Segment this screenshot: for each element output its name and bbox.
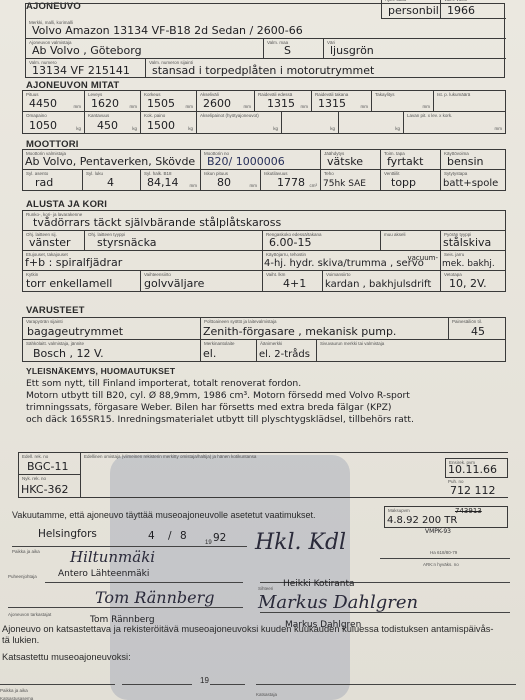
cell-omapaino: Omapaino1050kg: [23, 112, 85, 133]
value: 1620: [91, 97, 119, 110]
label: Seis. jarru: [444, 252, 464, 257]
value: personbil: [388, 4, 439, 17]
value: 75hk SAE: [323, 179, 366, 189]
value: 1778: [277, 176, 305, 189]
footer-place-label: Paikka ja aika: [0, 688, 28, 693]
value: Bosch , 12 V.: [33, 347, 104, 360]
cell-sijainti: Valm. numeron sijainti stansad i torpedp…: [146, 59, 506, 78]
ark-line: [380, 558, 510, 559]
chairman-line: [45, 582, 243, 583]
cell-akselipainot-3: kg: [339, 112, 404, 133]
cell-sylinteriluku: Syl. luku4: [83, 170, 141, 190]
cell-takaylitys: Takaylitysmm: [372, 91, 434, 112]
cell-nykyinen-rekisterinumero: Nyk. rek. noHKC-362: [19, 475, 81, 497]
label: Omapaino: [26, 113, 47, 118]
cell-edellinen-rekisterinumero: Edell. rek. noBGC-11: [19, 453, 81, 475]
cell-runko: Runko-, kori- ja lavarakennetvådörrars t…: [23, 211, 505, 231]
cell-kantavuus: Kantavuus450kg: [85, 112, 141, 133]
label: Maksupvm: [388, 508, 410, 513]
inspector-1-signature: Tom Rännberg: [95, 588, 214, 607]
cell-kytkin: Kytkintorr enkellamell: [23, 271, 141, 291]
label: Äänimerkki: [260, 341, 282, 346]
unit: mm: [74, 104, 82, 109]
value: vätske: [327, 155, 363, 168]
remarks-line: och däck 165SR15. Inredningsmaterialet u…: [26, 414, 506, 426]
place-date-line: [12, 546, 247, 547]
unit: mm: [361, 104, 369, 109]
old-phone-number: 743913: [455, 507, 482, 515]
value: kardan , bakhjulsdrift: [325, 279, 431, 290]
month-value: 8: [180, 530, 187, 542]
remarks-line: Ett som nytt, till Finland importerat, t…: [26, 378, 506, 390]
value: B20/ 1000006: [207, 155, 285, 168]
cell-valmistaja: Ajoneuvon valmistaja Ab Volvo , Göteborg: [26, 39, 264, 59]
cell-sahkolaitteet: Sähkölaitt. valmistaja, jänniteBosch , 1…: [23, 340, 201, 361]
unit: mm: [130, 104, 138, 109]
unit: kg: [273, 126, 278, 131]
place-value: Helsingfors: [38, 528, 97, 540]
cell-maa: Valm. maa S: [264, 39, 324, 59]
cell-edellinen-omistaja: Edellinen omistaja (viimeinen rekisterin…: [81, 453, 461, 475]
value: 1315: [318, 97, 346, 110]
value: S: [284, 44, 291, 57]
value: 1500: [147, 119, 175, 132]
label: Takaylitys: [375, 92, 395, 97]
cell-voimansiirto: Voimansiirtokardan , bakhjulsdrift: [323, 271, 441, 291]
section-title-alusta: ALUSTA JA KORI: [26, 199, 107, 210]
label: Polttoaineen syöttö ja laitevalmistaja: [204, 319, 277, 324]
inspector-1-line: [8, 607, 243, 608]
value: ljusgrön: [330, 44, 374, 57]
unit: kg: [395, 126, 400, 131]
label: Ajon. laatu: [385, 0, 406, 2]
label: Sähkölaitt. valmistaja, jännite: [26, 341, 84, 346]
cell-lavan-mitat: Lavan pit. x lev. x kork.mm: [404, 112, 505, 133]
value: HKC-362: [21, 483, 69, 496]
value: 1966: [447, 4, 475, 17]
value: 4-hj. hydr. skiva/trumma , servo: [264, 258, 424, 269]
inspector-2-signature: Markus Dahlgren: [258, 592, 418, 613]
value: 4+1: [283, 277, 306, 290]
year-value: 92: [213, 532, 226, 544]
cell-sivuvaurun-merkki: Sivuvaurun merkki tai valmistaja: [317, 340, 505, 361]
unit: kg: [76, 126, 81, 131]
unit: kg: [188, 126, 193, 131]
value: tvådörrars täckt självbärande stålplåtsk…: [33, 216, 281, 229]
chairman-label: Puheenjohtaja: [8, 574, 37, 579]
value: Volvo Amazon 13134 VF-B18 2d Sedan / 260…: [32, 24, 303, 37]
value: stålskiva: [443, 236, 491, 249]
cell-korkeus: Korkeus1505mm: [141, 91, 197, 112]
cell-sylinterien-asento: Syl. asentorad: [23, 170, 83, 190]
footer-inspector-line: [256, 684, 516, 685]
cell-vari: Väri ljusgrön: [324, 39, 506, 59]
cell-seisontajarru: Seis. jarrumek. bakhj.: [441, 251, 505, 271]
cell-kayttojarru: Käyttöjarru, tehostin4-hj. hydr. skiva/t…: [263, 251, 441, 271]
cell-toimintatapa: Toim. tapafyrtakt: [381, 150, 441, 170]
footer-year-prefix: 19: [200, 676, 209, 685]
cell-moottorin-no: Moottorin noB20/ 1000006: [201, 150, 321, 170]
varusteet-box: Varapyörän sijaintibagageutrymmet Poltto…: [22, 317, 506, 362]
value: el. 2-tråds: [259, 349, 310, 360]
cell-ohjaus-tyyppi: Ohj. laitteen tyyppistyrsnäcka: [85, 231, 263, 251]
value: Zenith-förgasare , mekanisk pump.: [203, 325, 396, 338]
value: el.: [203, 347, 216, 360]
label: muu akseli: [384, 232, 406, 237]
cell-pyoran-tyyppi: Pyörän tyyppistålskiva: [441, 231, 505, 251]
cell-vaihteiden-lkm: Vaiht. lkm4+1: [263, 271, 323, 291]
cell-iskun-pituus: Iskun pituus80mm: [201, 170, 261, 190]
unit: kg: [330, 126, 335, 131]
registration-notice-cont: tä lukien.: [2, 635, 39, 645]
value: 10.11.66: [448, 463, 497, 476]
unit: mm: [250, 183, 258, 188]
remarks-text: Ett som nytt, till Finland importerat, t…: [26, 378, 506, 426]
value: 80: [217, 176, 231, 189]
cell-kayttovoima: Käyttövoimabensin: [441, 150, 505, 170]
unit: cm³: [310, 183, 318, 188]
cell-laji: Ajon. laatu personbil: [381, 0, 441, 19]
unit: mm: [190, 183, 198, 188]
registration-notice: Ajoneuvo on katsastettava ja rekisteröit…: [2, 624, 493, 634]
cell-akselipainot-1: Akselipainot (hyötyajoneuvot)kg: [197, 112, 282, 133]
cell-aanimerkki: Äänimerkkiel. 2-tråds: [257, 340, 317, 361]
label: Voimansiirto: [326, 272, 351, 277]
day-value: 4: [148, 530, 155, 542]
cell-teho: Teho75hk SAE: [321, 170, 381, 190]
label: Lavan pit. x lev. x kork.: [407, 113, 452, 118]
cell-merkinantolaite: Merkinantolaiteel.: [201, 340, 257, 361]
value: 10, 2V.: [449, 277, 487, 290]
cell-varapyora: Varapyörän sijaintibagageutrymmet: [23, 318, 201, 340]
cell-polttoaineen-syotto: Polttoaineen syöttö ja laitevalmistajaZe…: [201, 318, 449, 340]
secretary-label: Sihteeri: [258, 586, 273, 591]
value: fyrtakt: [387, 155, 423, 168]
label: Kantavuus: [88, 113, 109, 118]
value: f+b : spiralfjädrar: [25, 256, 122, 269]
cell-sylinterin-halkaisija: Syl. halk. B1884,14mm: [141, 170, 201, 190]
value: bagageutrymmet: [27, 325, 123, 338]
label: Teho: [324, 171, 334, 176]
label: Nyk. rek. no: [22, 476, 46, 481]
payment-note: VMPK-93: [425, 528, 451, 535]
value: 4.8.92 200 TR: [387, 515, 457, 526]
cell-istuinpaikat: Ist. p. lukumäärä: [434, 91, 505, 112]
cell-vaihteensiirto: Vaihteensiirtogolvväljare: [141, 271, 263, 291]
label: Kok. paino: [144, 113, 165, 118]
value: 1315: [267, 97, 295, 110]
label: Merkinantolaite: [204, 341, 235, 346]
cell-akselivali: Akseliväli2600mm: [197, 91, 255, 112]
value: 13134 VF 215141: [32, 64, 130, 77]
value: stansad i torpedplåten i motorutrymmet: [152, 64, 374, 77]
label: Varapyörän sijainti: [26, 319, 63, 324]
cell-ohjaus-sijainti: Ohj. laitteen sij.vänster: [23, 231, 85, 251]
value: 84,14: [147, 176, 179, 189]
value: vänster: [29, 236, 71, 249]
value: 1505: [147, 97, 175, 110]
section-title-huomautukset: YLEISNÄKEMYS, HUOMAUTUKSET: [26, 366, 175, 376]
secretary-signature: Hkl. Kdl: [255, 530, 346, 555]
value: golvväljare: [144, 277, 204, 290]
value: 6.00-15: [269, 236, 311, 249]
servo-type-note: vacuum-: [408, 254, 439, 262]
cell-raidevali-edessa: Raideväli edessä1315mm: [255, 91, 312, 112]
unit: mm: [244, 104, 252, 109]
value: Ab Volvo , Göteborg: [32, 44, 142, 57]
secretary-name: Heikki Kotiranta: [283, 579, 355, 589]
footer-station-label: Katsastusasema: [0, 696, 33, 700]
cell-iskutilavuus: Iskutilavuus1778cm³: [261, 170, 321, 190]
label: Painesäiliön til.: [452, 319, 482, 324]
ark-approval-label: ARK:n hyväks. no: [423, 562, 459, 567]
label: Ist. p. lukumäärä: [437, 92, 470, 97]
footer-date-line: [122, 684, 192, 685]
cell-merkki: Merkki, malli, korimalli Volvo Amazon 13…: [26, 19, 506, 39]
value: mek. bakhj.: [442, 259, 495, 269]
label: Käyttöjarru, tehostin: [266, 252, 306, 257]
remarks-line: Motorn utbytt till B20, cyl. Ø 88,9mm, 1…: [26, 390, 506, 402]
value: styrsnäcka: [97, 236, 157, 249]
cell-muu-akseli: muu akseli: [381, 231, 441, 251]
unit: mm: [186, 104, 194, 109]
cell-raidevali-takana: Raideväli takana1315mm: [312, 91, 372, 112]
value: 712 112: [450, 484, 496, 497]
cell-painesailio: Painesäiliön til.45: [449, 318, 505, 340]
cell-maksupaiva: Maksupvm 743913 4.8.92 200 TR: [384, 506, 508, 528]
label: Akselipainot (hyötyajoneuvot): [200, 113, 259, 118]
label: Edellinen omistaja (viimeinen rekisterin…: [84, 454, 256, 459]
cell-leveys: Leveys1620mm: [85, 91, 141, 112]
cell-jaahdytys: Jäähdytysvätske: [321, 150, 381, 170]
chairman-signature: Hiltunmäki: [70, 548, 155, 566]
remarks-line: trimningssats, förgasare Weber. Bilen ha…: [26, 402, 506, 414]
cell-sytytystapa: Sytytystapabatt+spole: [441, 170, 505, 190]
value: 45: [471, 325, 485, 338]
place-date-label: Paikka ja aika: [12, 549, 40, 554]
cell-puhelin: Puh. no712 112: [445, 478, 508, 498]
value: bensin: [447, 155, 483, 168]
date-separator: /: [168, 530, 172, 542]
footer-inspector-label: Katsastaja: [256, 692, 277, 697]
mitat-box: Pituus4450mm Leveys1620mm Korkeus1505mm …: [22, 90, 506, 134]
value: 4450: [29, 97, 57, 110]
label: Syl. luku: [86, 171, 103, 176]
cell-vuosi: Valm. vuosi 1966: [441, 0, 506, 19]
alusta-box: Runko-, kori- ja lavarakennetvådörrars t…: [22, 210, 506, 292]
value: Ab Volvo, Pentaverken, Skövde: [25, 155, 195, 168]
unit: mm: [301, 104, 309, 109]
value: batt+spole: [443, 178, 498, 189]
value: topp: [391, 176, 416, 189]
unit: mm: [423, 104, 431, 109]
value: torr enkellamell: [26, 277, 112, 290]
label: Sytytystapa: [444, 171, 467, 176]
label: Valm. vuosi: [444, 0, 467, 2]
museum-vehicle-certificate: AJONEUVO Ajon. laatu personbil Valm. vuo…: [0, 0, 525, 700]
footer-year-line: [210, 684, 245, 685]
cell-kokonaispaino: Kok. paino1500kg: [141, 112, 197, 133]
value: 4: [107, 176, 114, 189]
cell-numero: Valm. numero 13134 VF 215141: [26, 59, 146, 78]
certification-statement: Vakuutamme, että ajoneuvo täyttää museoa…: [12, 510, 316, 520]
cell-rengaskoko: Rengaskoko edessä/takana6.00-15: [263, 231, 381, 251]
inspectors-label: Ajoneuvon tarkastajat: [8, 612, 51, 617]
ha-number: Ha 618/80-79: [430, 550, 457, 555]
unit: mm: [495, 126, 503, 131]
label: Edell. rek. no: [22, 454, 48, 459]
label: Sivuvaurun merkki tai valmistaja: [320, 341, 384, 346]
value: 450: [97, 119, 118, 132]
registration-box: Edell. rek. noBGC-11 Edellinen omistaja …: [18, 452, 508, 498]
footer-place-line: [0, 684, 115, 685]
cell-ensirekisterointi: Ensirek. pvm10.11.66: [445, 458, 508, 478]
cell-moottorin-valmistaja: Moottorin valmistajaAb Volvo, Pentaverke…: [23, 150, 201, 170]
value: 1050: [29, 119, 57, 132]
cell-pituus: Pituus4450mm: [23, 91, 85, 112]
value: 2600: [203, 97, 231, 110]
value: rad: [35, 176, 53, 189]
moottori-box: Moottorin valmistajaAb Volvo, Pentaverke…: [22, 149, 506, 191]
value: BGC-11: [27, 460, 69, 473]
cell-akselipainot-2: kg: [282, 112, 339, 133]
chairman-name: Antero Lähteenmäki: [58, 569, 149, 579]
inspected-heading: Katsastettu museoajoneuvoksi:: [2, 652, 131, 662]
section-title-varusteet: VARUSTEET: [26, 305, 85, 316]
cell-venttiilit: Venttiilittopp: [381, 170, 441, 190]
unit: kg: [132, 126, 137, 131]
cell-jouset: Etujouset, takajousetf+b : spiralfjädrar: [23, 251, 263, 271]
ajoneuvo-box: Ajon. laatu personbil Valm. vuosi 1966 M…: [25, 3, 505, 78]
inspector-2-line: [260, 612, 510, 613]
cell-vetotapa: Vetotapa10, 2V.: [441, 271, 505, 291]
